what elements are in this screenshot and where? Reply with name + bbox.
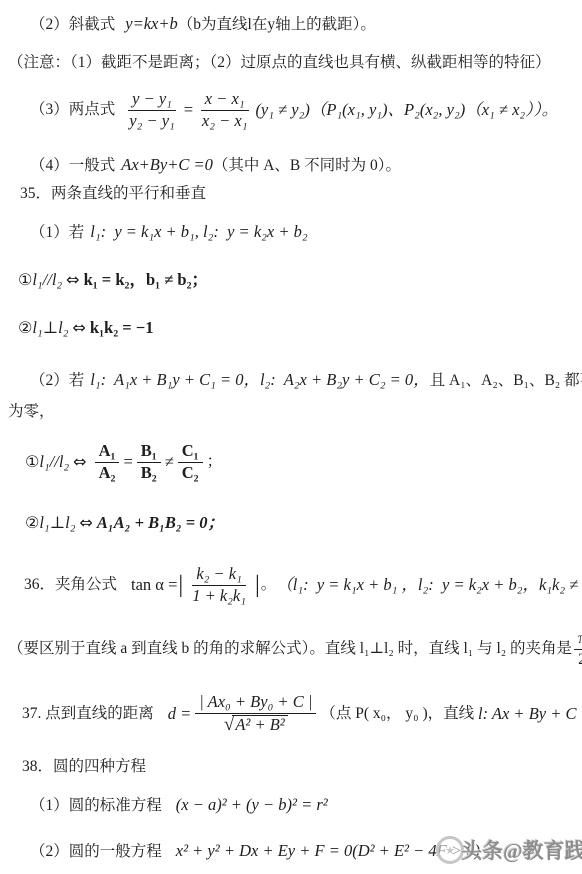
distance-fraction: | Ax₀ + By₀ + C | √ A² + B² [195, 693, 316, 735]
denominator: 2 [574, 650, 582, 669]
parallel-lines: l₁//l₂ [32, 270, 62, 291]
condition: (y₁ ≠ y₂) [255, 100, 309, 121]
case2-continuation-line: 为零， [8, 402, 55, 421]
perpendicular-condition-slope-line: ② l₁⊥l₂ ⇔ k₁k₂ = −1 [18, 318, 153, 339]
d-equals: d = [168, 704, 192, 725]
denominator: x₂ − x₁ [198, 111, 252, 131]
circled-one: ① [25, 452, 39, 472]
general-equation: x² + y² + Dx + Ey + F = 0(D² + E² − 4F >… [176, 841, 480, 862]
general-formula: Ax+By+C =0 [121, 155, 213, 176]
period: 。 [261, 575, 277, 594]
circle-standard-equation-line: （1）圆的标准方程 (x − a)² + (y − b)² = r² [30, 795, 328, 816]
denominator: A₂ [95, 463, 120, 483]
fraction-k: k₂ − k₁ 1 + k₂k₁ [188, 565, 250, 606]
fraction-c: C₁ C₂ [178, 442, 203, 483]
angle-note-line: （要区别于直线 a 到直线 b 的角的求解公式）。直线 l₁⊥l₂ 时，直线 l… [8, 631, 582, 667]
numerator: k₂ − k₁ [192, 565, 246, 586]
watermark-text: 头条@教育践行者 [461, 835, 582, 865]
note-text: （注意：（1）截距不是距离；（2）过原点的直线也具有横、纵截距相等的特征） [8, 53, 551, 72]
item-label: （3）两点式 [30, 100, 115, 119]
fraction-y: y − y₁ y₂ − y₁ [125, 90, 179, 131]
item-label: （2）若 [30, 371, 84, 390]
note-text: （要区别于直线 a 到直线 b 的角的求解公式）。直线 l₁⊥l₂ 时，直线 l… [8, 639, 572, 658]
continuation-text: 为零， [8, 402, 55, 421]
circle-general-equation-line: （2）圆的一般方程 x² + y² + Dx + Ey + F = 0(D² +… [30, 841, 480, 862]
equals-sign: = [123, 452, 132, 473]
equals-sign: = [183, 100, 194, 121]
point-note: （点 P( x₀， y₀ )，直线 [320, 704, 478, 723]
nonzero-note: 且 A₁、A₂、B₁、B₂ 都不 [430, 371, 582, 390]
iff-arrow: ⇔ [73, 318, 86, 338]
numerator: x − x₁ [201, 90, 249, 111]
fraction-b: B₁ B₂ [137, 442, 161, 483]
numerator: y − y₁ [128, 90, 176, 111]
math-formula-document-page: { "page": { "background": "#ffffff", "te… [0, 0, 582, 874]
perpendicular-sum-line: ② l₁⊥l₂ ⇔ A₁A₂ + B₁B₂ = 0； [25, 513, 224, 534]
fraction-x: x − x₁ x₂ − x₁ [198, 90, 252, 131]
perpendicular-condition: A₁A₂ + B₁B₂ = 0； [97, 513, 224, 534]
denominator: √ A² + B² [220, 714, 292, 735]
denominator: B₂ [137, 463, 161, 483]
fraction-pi-over-2: π 2 [574, 630, 582, 669]
watermark: ★ 头条@教育践行者 [436, 835, 582, 865]
two-point-form-line: （3）两点式 y − y₁ y₂ − y₁ = x − x₁ x₂ − x₁ (… [30, 87, 558, 133]
abs-bar-right: | [255, 570, 260, 600]
abs-bar-left: | [178, 570, 183, 600]
slope-intercept-formula: y=kx+b [125, 14, 178, 35]
item-label: （2）圆的一般方程 [30, 842, 162, 861]
tan-alpha: tan α = [131, 575, 177, 596]
formula-note: （其中 A、B 不同时为 0）。 [213, 156, 401, 175]
item-label: （4）一般式 [30, 156, 115, 175]
perpendicular-condition: k₁k₂ = −1 [90, 318, 154, 339]
slope-intercept-form-line: （2）斜截式 y=kx+b （b为直线l在y轴上的截距）。 [30, 14, 376, 35]
parallel-condition: k₁ = k₂，b₁ ≠ b₂； [84, 270, 208, 291]
item-label: （1）圆的标准方程 [30, 796, 162, 815]
denominator: y₂ − y₁ [125, 111, 179, 131]
iff-arrow: ⇔ [80, 513, 93, 533]
numerator: π [574, 630, 582, 650]
item-label: 36．夹角公式 [24, 575, 117, 594]
general-form-line: （4）一般式 Ax+By+C =0 （其中 A、B 不同时为 0）。 [30, 155, 401, 176]
denominator: C₂ [178, 463, 203, 483]
numerator: B₁ [137, 442, 161, 463]
numerator: | Ax₀ + By₀ + C | [195, 693, 316, 714]
conditions-note: （l₁: y = k₁x + b₁ ，l₂: y = k₂x + b₂，k₁k₂… [276, 575, 582, 596]
fraction-a: A₁ A₂ [95, 442, 120, 483]
distance-formula-line: 37. 点到直线的距离 d = | Ax₀ + By₀ + C | √ A² +… [22, 686, 582, 742]
circled-one: ① [18, 270, 32, 290]
item-label: 37. 点到直线的距离 [22, 704, 154, 723]
parallel-condition-slope-line: ① l₁//l₂ ⇔ k₁ = k₂，b₁ ≠ b₂； [18, 270, 208, 291]
standard-equation: (x − a)² + (y − b)² = r² [176, 795, 328, 816]
circled-two: ② [25, 513, 39, 533]
intercept-note-line: （注意：（1）截距不是距离；（2）过原点的直线也具有横、纵截距相等的特征） [8, 53, 551, 72]
points-note: （P₁(x₁, y₁)、P₂(x₂, y₂)（x₁ ≠ x₂））。 [310, 100, 558, 121]
item-label: （1）若 [30, 223, 84, 242]
iff-arrow: ⇔ [73, 452, 86, 472]
case1-slope-lines: （1）若 l₁: y = k₁x + b₁, l₂: y = k₂x + b₂ [30, 222, 308, 243]
radicand: A² + B² [232, 715, 287, 735]
iff-arrow: ⇔ [66, 270, 79, 290]
numerator: A₁ [95, 442, 120, 463]
not-equals-sign: ≠ [165, 452, 174, 473]
denominator: 1 + k₂k₁ [188, 586, 250, 606]
lines-definition: l₁: y = k₁x + b₁, l₂: y = k₂x + b₂ [90, 222, 307, 243]
circled-two: ② [18, 318, 32, 338]
perpendicular-lines: l₁⊥l₂ [39, 513, 75, 534]
line-equation: l: Ax + By + C = 0 [478, 704, 582, 725]
semicolon: ； [207, 452, 223, 471]
parallel-ratio-line: ① l₁//l₂ ⇔ A₁ A₂ = B₁ B₂ ≠ C₁ C₂ ； [25, 437, 222, 487]
item-label: （2）斜截式 [30, 15, 115, 34]
formula-note: （b为直线l在y轴上的截距）。 [178, 15, 376, 34]
lines-definition: l₁: A₁x + B₁y + C₁ = 0，l₂: A₂x + B₂y + C… [90, 370, 429, 391]
perpendicular-lines: l₁⊥l₂ [32, 318, 68, 339]
watermark-badge-icon: ★ [436, 836, 464, 864]
parallel-lines: l₁//l₂ [39, 452, 69, 473]
section-35-heading: 35．两条直线的平行和垂直 [20, 184, 206, 203]
numerator: C₁ [178, 442, 203, 463]
section-38-heading: 38．圆的四种方程 [22, 757, 146, 776]
heading-text: 38．圆的四种方程 [22, 757, 146, 776]
angle-formula-line: 36．夹角公式 tan α = | k₂ − k₁ 1 + k₂k₁ | 。 （… [24, 559, 582, 611]
heading-text: 35．两条直线的平行和垂直 [20, 184, 206, 203]
case2-general-lines: （2）若 l₁: A₁x + B₁y + C₁ = 0，l₂: A₂x + B₂… [30, 370, 582, 391]
